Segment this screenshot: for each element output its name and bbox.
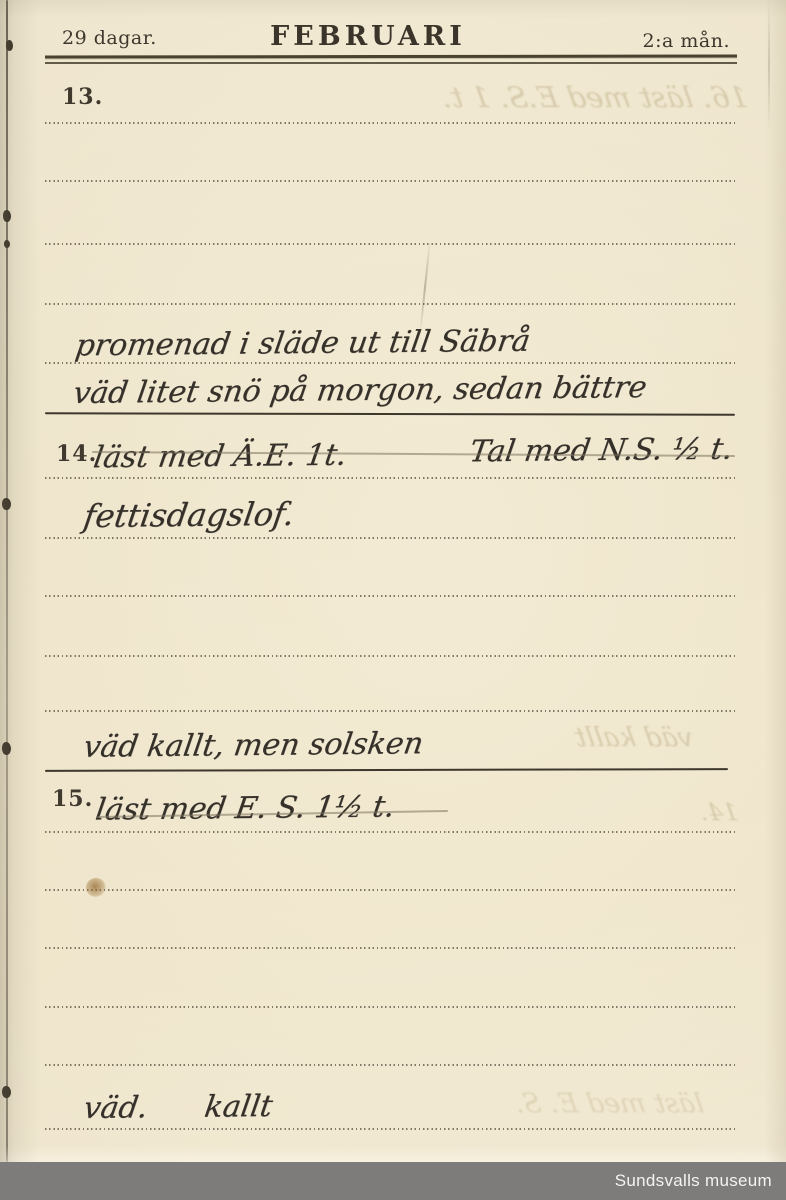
weather-note-15: väd. kallt (81, 1089, 275, 1126)
ruled-dotted-line (45, 122, 737, 124)
ruled-dotted-line (45, 831, 737, 833)
ruled-dotted-line (45, 655, 737, 657)
paper-crease (768, 0, 770, 130)
handwriting-entry-13: promenad i släde ut till Säbrå (73, 324, 532, 364)
credit-bar: Sundsvalls museum (0, 1162, 786, 1200)
stitch-mark (4, 240, 10, 248)
ruled-dotted-line (45, 477, 737, 479)
stitch-mark (2, 1086, 11, 1098)
extra-note-14: fettisdagslof. (81, 495, 297, 535)
header-ordinal-label: 2:a mån. (643, 30, 730, 52)
stitch-mark (2, 742, 11, 755)
month-title: FEBRUARI (0, 21, 736, 52)
stitch-mark (2, 498, 11, 510)
day-number-14: 14. (56, 441, 97, 467)
stitch-mark (3, 210, 11, 222)
binding-edge-line (6, 0, 8, 1162)
ruled-dotted-line (45, 710, 737, 712)
ruled-dotted-line (45, 595, 737, 597)
ruled-dotted-line (45, 243, 737, 245)
reading-note-14: läst med Ä.E. 1t. (91, 438, 349, 476)
reading-note-14b: Tal med N.S. ½ t. (467, 432, 735, 470)
reading-note-15: läst med E. S. 1½ t. (93, 789, 397, 827)
ruled-dotted-line (45, 1064, 737, 1066)
ink-stain (86, 878, 106, 897)
ruled-dotted-line (45, 537, 737, 539)
page-bottom-edge (0, 1146, 786, 1162)
bleedthrough-text: 14. (698, 798, 741, 826)
ruled-dotted-line (45, 1128, 737, 1130)
bleedthrough-text: läst med E. S. (513, 1088, 706, 1119)
museum-credit: Sundsvalls museum (615, 1171, 772, 1191)
bleedthrough-text: 16. läst med E.S. 1 t. (395, 80, 750, 114)
weather-note-13: väd litet snö på morgon, sedan bättre (71, 370, 649, 411)
ruled-dotted-line (45, 303, 737, 305)
ruled-dotted-line (45, 889, 737, 891)
ruled-dotted-line (45, 180, 737, 182)
day-number-13: 13. (62, 84, 103, 110)
diary-page-scan: 29 dagar. FEBRUARI 2:a mån. 16. läst med… (0, 0, 786, 1200)
ruled-dotted-line (45, 1006, 737, 1008)
ruled-dotted-line (45, 947, 737, 949)
header-rule-thin (45, 62, 737, 64)
bleedthrough-text: väd kallt (573, 722, 696, 753)
day-number-15: 15. (52, 786, 93, 812)
weather-note-14: väd kallt, men solsken (81, 726, 425, 765)
